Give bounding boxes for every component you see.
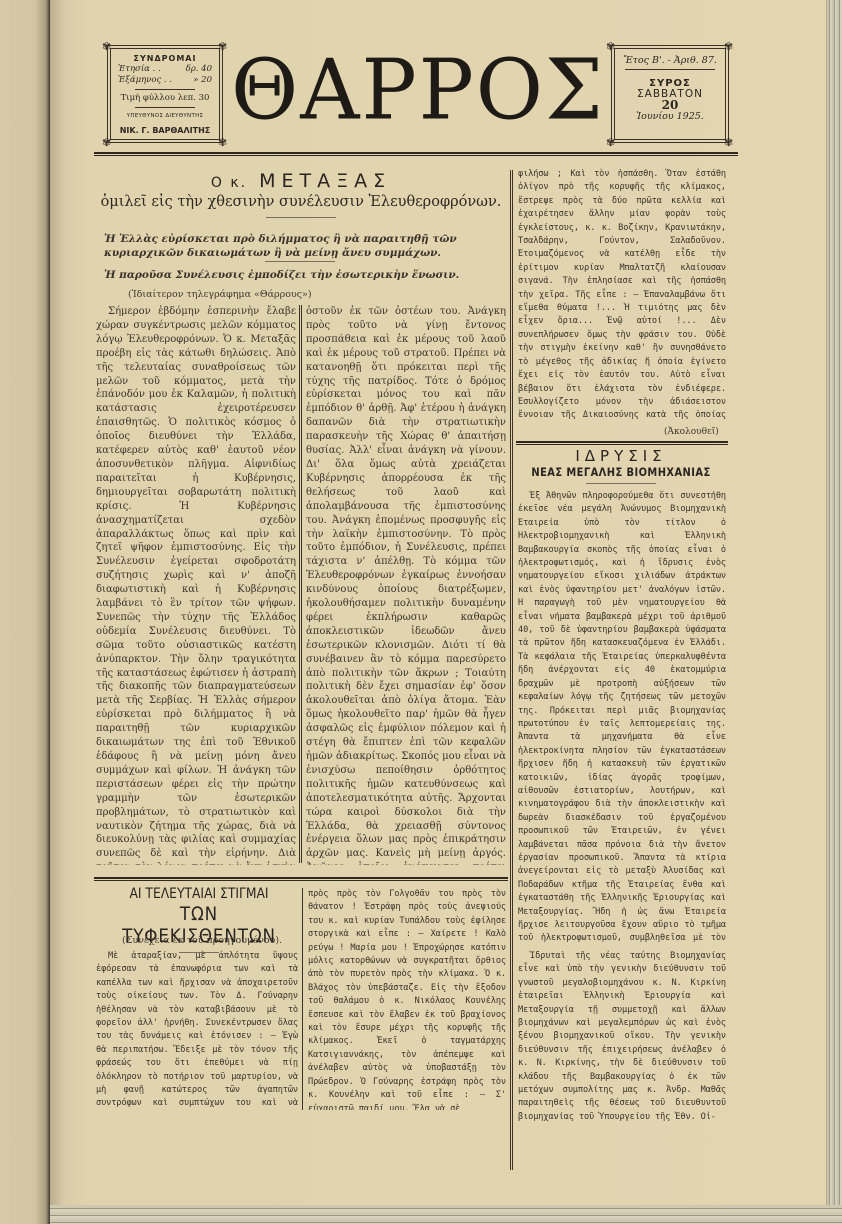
divider — [135, 107, 195, 108]
industry-column-cont: Ἱδρυταὶ τῆς νέας ταύτης Βιομηχανίας εἶνε… — [518, 950, 726, 1125]
section-rule — [94, 877, 508, 881]
continued-from-label: (Συνέχεια ἐκ τοῦ προηγουμένου). — [122, 935, 282, 946]
date-day: 20 — [618, 100, 722, 111]
stacked-page-bottom — [50, 1205, 842, 1224]
industry-column: Ἐξ Ἀθηνῶν πληροφορούμεθα ὅτι συνεστήθη ἐ… — [518, 490, 726, 944]
masthead: ΣΥΝΔΡΟΜΑΙ Ἐτησία . . δρ. 40 Ἑξάμηνος . .… — [96, 40, 740, 152]
headline-line-2: ΝΕΑΣ ΜΕΓΑΛΗΣ ΒΙΟΜΗΧΑΝΙΑΣ — [531, 465, 712, 479]
section-rule — [516, 441, 728, 445]
divider — [265, 261, 335, 262]
issue-price: Τιμὴ φύλλου λεπ. 30 — [114, 93, 216, 104]
dek-assembly: Ἡ παροῦσα Συνέλευσις ἐμποδίζει τὴν ἐσωτε… — [104, 268, 506, 282]
telegram-credit: (Ἰδιαίτερον τηλεγράφημα «Θάρρους») — [128, 289, 312, 300]
metaxas-column-2: ὀστοῦν ἐκ τῶν ὀστέων του. Ἀνάγκη πρὸς το… — [306, 305, 506, 865]
ornament-icon: ✾ — [724, 136, 733, 149]
executed-headline: ΑΙ ΤΕΛΕΥΤΑΙΑΙ ΣΤΙΓΜΑΙ ΤΩΝ ΤΥΦΕΚΙΣΘΕΝΤΩΝ — [96, 886, 302, 958]
column-rule — [299, 305, 302, 863]
continued-story: φιλήσω ; Καὶ τὸν ἠσπάσθη. Ὅταν ἐστάθη ὀλ… — [518, 168, 726, 424]
column-rule — [302, 888, 303, 1110]
ornament-icon: ✾ — [606, 136, 615, 149]
divider — [586, 483, 656, 484]
ornament-icon: ✾ — [606, 40, 615, 53]
stacked-page-edges — [827, 0, 842, 1224]
industry-headline: ΙΔΡΥΣΙΣ ΝΕΑΣ ΜΕΓΑΛΗΣ ΒΙΟΜΗΧΑΝΙΑΣ — [516, 447, 726, 488]
ornament-icon: ✾ — [218, 40, 227, 53]
metaxas-headline: Ο κ. ΜΕΤΑΞΑΣ ὁμιλεῖ εἰς τὴν χθεσινὴν συν… — [96, 170, 506, 225]
newspaper-title: ΘΑΡΡΟΣ — [230, 45, 606, 137]
ornament-icon: ✾ — [218, 136, 227, 149]
divider — [135, 89, 195, 90]
subheadline: ὁμιλεῖ εἰς τὴν χθεσινὴν συνέλευσιν Ἐλευθ… — [96, 194, 506, 210]
ornament-icon: ✾ — [724, 40, 733, 53]
ornament-icon: ✾ — [102, 136, 111, 149]
masthead-rule — [94, 152, 738, 156]
divider — [625, 69, 715, 70]
headline-prefix: Ο κ. — [211, 175, 247, 191]
headline-name: ΜΕΤΑΞΑΣ — [259, 170, 391, 192]
editor-name: ΝΙΚ. Γ. ΒΑΡΘΑΛΙΤΗΣ — [114, 125, 216, 136]
issue-number: Ἔτος Β'. - Ἀριθ. 87. — [618, 55, 722, 66]
headline-line-1: ΑΙ ΤΕΛΕΥΤΑΙΑΙ ΣΤΙΓΜΑΙ — [108, 886, 289, 902]
executed-column-2: πρὸς πρὸς τὸν Γολγοθᾶν του πρὸς τὸν θάνα… — [308, 888, 506, 1110]
previous-page-edge — [0, 0, 50, 1224]
headline-line-1: ΙΔΡΥΣΙΣ — [516, 447, 726, 465]
issue-box: Ἔτος Β'. - Ἀριθ. 87. ΣΥΡΟΣ ΣΑΒΒΑΤΟΝ 20 Ἰ… — [614, 48, 726, 140]
subscription-row-annual: Ἐτησία . . δρ. 40 — [114, 64, 216, 75]
ornament-icon: ✾ — [102, 40, 111, 53]
column-rule — [510, 170, 513, 1170]
date-month-year: Ἰουνίου 1925. — [618, 111, 722, 122]
editor-label: ΥΠΕΥΘΥΝΟΣ ΔΙΕΥΘΥΝΤΗΣ — [114, 111, 216, 122]
subscription-row-semiannual: Ἑξάμηνος . . » 20 — [114, 75, 216, 86]
dek-dilemma: Ἡ Ἑλλὰς εὑρίσκεται πρὸ διλήμματος ἢ νὰ π… — [104, 232, 506, 260]
executed-column-1: Μὲ ἀταραξίαν, μὲ ἁπλότητα ὕψους ἐφόρεσαν… — [96, 950, 298, 1110]
newspaper-scan: ΣΥΝΔΡΟΜΑΙ Ἐτησία . . δρ. 40 Ἑξάμηνος . .… — [0, 0, 842, 1224]
subscription-heading: ΣΥΝΔΡΟΜΑΙ — [114, 53, 216, 64]
divider — [266, 217, 336, 218]
subscription-box: ΣΥΝΔΡΟΜΑΙ Ἐτησία . . δρ. 40 Ἑξάμηνος . .… — [110, 48, 220, 140]
continued-label: (Ἀκολουθεῖ) — [664, 427, 719, 437]
metaxas-column-1: Σήμερον ἑβδόμην ἑσπερινὴν ἔλαβε χώραν συ… — [96, 305, 296, 865]
